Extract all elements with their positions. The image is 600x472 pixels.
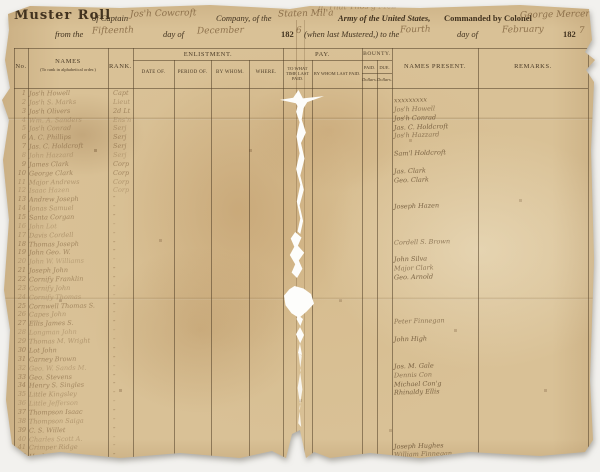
- roster-number: 11: [14, 178, 26, 187]
- roster-rank: Serj: [109, 142, 143, 151]
- roster-row: 16 John Lot ″: [14, 222, 164, 231]
- roster-row: 42 Hazleton John ″: [14, 452, 164, 461]
- roster-number: 28: [14, 328, 26, 337]
- col-header-remarks: REMARKS.: [478, 63, 588, 70]
- roster-number: 27: [14, 319, 26, 328]
- to-year-digit-handwritten: 7: [579, 26, 585, 36]
- present-name: Geo. Clark: [394, 175, 429, 185]
- roster-rank: ″: [109, 240, 143, 249]
- column-line-pay-sub: [312, 60, 313, 458]
- col-header-period-of: PERIOD OF.: [174, 70, 211, 75]
- roster-rank: Serj: [109, 124, 143, 133]
- roster-rank: ″: [109, 204, 143, 213]
- roster-number: 24: [14, 293, 26, 302]
- paper-shadow: Muster Roll of Captain Jos'h Cowcroft Co…: [0, 0, 600, 472]
- present-row: [394, 222, 489, 231]
- column-line-period-of: [211, 60, 212, 458]
- roster-rank: ″: [109, 381, 143, 390]
- roster-rank: ″: [109, 222, 143, 231]
- roster-rank: Corp: [109, 186, 143, 195]
- column-line-pay-bounty: [362, 48, 363, 458]
- roster-number: 22: [14, 275, 26, 284]
- present-name: Dennis Con: [394, 370, 432, 380]
- col-header-by-whom: BY WHOM.: [211, 70, 249, 75]
- col-header-rank: RANK.: [108, 63, 133, 70]
- paper-tear-sliver-bottom: [297, 352, 303, 427]
- names-present-list: xxxxxxxxx Jos'h Howell Jos'h Conrad Jas.…: [394, 89, 489, 461]
- column-line-date-of: [174, 60, 175, 458]
- roster-rank: ″: [109, 373, 143, 382]
- present-row: Cordell S. Brown: [394, 231, 489, 240]
- roster-rank: ″: [109, 231, 143, 240]
- roster-row: 37 Thompson Isaac ″: [14, 408, 164, 417]
- present-row: Joseph Hazen: [394, 195, 489, 204]
- paper-tear-blob-center: [284, 286, 314, 318]
- roster-number: 17: [14, 231, 26, 240]
- col-header-where: WHERE.: [249, 70, 283, 75]
- col-header-names-present: NAMES PRESENT.: [392, 63, 478, 70]
- roster-rank: ″: [109, 302, 143, 311]
- col-header-by-whom-last-paid: BY WHOM LAST PAID.: [312, 71, 362, 76]
- enlistment-group-underline: [133, 60, 283, 61]
- year-printed-2: 182: [563, 29, 576, 39]
- roster-number: 6: [14, 133, 26, 142]
- roster-number: 34: [14, 381, 26, 390]
- column-line-by-whom: [249, 60, 250, 458]
- table-border-right: [588, 48, 589, 458]
- roster-number: 21: [14, 266, 26, 275]
- roster-number: 4: [14, 116, 26, 125]
- roster-number: 18: [14, 240, 26, 249]
- roster-rank: ″: [109, 390, 143, 399]
- present-row: [394, 302, 489, 311]
- paper-sheet: Muster Roll of Captain Jos'h Cowcroft Co…: [0, 0, 600, 472]
- roster-rank: ″: [109, 275, 143, 284]
- present-row: Sam'l Holdcroft: [394, 142, 489, 151]
- muster-roll-scan: Muster Roll of Captain Jos'h Cowcroft Co…: [0, 0, 600, 472]
- roster-number: 7: [14, 142, 26, 151]
- roster-number: 5: [14, 124, 26, 133]
- roster-number: 10: [14, 169, 26, 178]
- label-of-captain: of Captain: [92, 13, 128, 23]
- roster-number: 29: [14, 337, 26, 346]
- col-header-dollars-paid: Dollars.: [362, 77, 377, 82]
- roster-rank: ″: [109, 443, 143, 452]
- roster-row: 1 Jos'h Howell Capt: [14, 89, 164, 98]
- column-line-paid-due: [377, 60, 378, 458]
- label-army: Army of the United States,: [338, 13, 430, 23]
- group-header-pay: PAY.: [283, 51, 362, 58]
- roster-row: 38 Thompson Saiga ″: [14, 417, 164, 426]
- present-name: John High: [394, 335, 427, 345]
- present-name: William Finnegan: [394, 450, 452, 460]
- roster-list: 1 Jos'h Howell Capt 2 Jos'h S. Marks Lie…: [14, 89, 164, 461]
- roster-number: 36: [14, 399, 26, 408]
- roster-number: 26: [14, 310, 26, 319]
- paper-specks: [0, 0, 1, 1]
- col-header-dollars-due: Dollars.: [377, 77, 392, 82]
- present-name: Cordell S. Brown: [394, 237, 450, 247]
- col-header-paid: PAID.: [362, 65, 377, 70]
- roster-row: 30 Lot John ″: [14, 346, 164, 355]
- roster-row: 8 John Hazzard Serj: [14, 151, 164, 160]
- present-name: Abra'm Rowland: [394, 459, 449, 469]
- roster-number: 20: [14, 257, 26, 266]
- present-row: Jos. M. Gale: [394, 355, 489, 364]
- roster-row: 15 Santa Corgan ″: [14, 213, 164, 222]
- col-header-to-what-time: TO WHAT TIME LAST PAID.: [284, 66, 311, 81]
- label-day-of-2: day of: [457, 29, 478, 39]
- roster-rank: ″: [109, 435, 143, 444]
- label-from-the: from the: [55, 29, 83, 39]
- roster-rank: ″: [109, 310, 143, 319]
- colonel-name-handwritten: George Mercer: [520, 9, 590, 20]
- present-row: [394, 293, 489, 302]
- roster-row: 10 George Clark Corp: [14, 169, 164, 178]
- roster-rank: Corp: [109, 178, 143, 187]
- roster-rank: ″: [109, 426, 143, 435]
- year-printed-1: 182: [281, 29, 294, 39]
- roster-number: 38: [14, 417, 26, 426]
- present-row: Joseph Hughes: [394, 435, 489, 444]
- present-row: [394, 346, 489, 355]
- present-name: Joseph Hazen: [394, 202, 439, 212]
- roster-number: 9: [14, 160, 26, 169]
- roster-rank: ″: [109, 408, 143, 417]
- roster-number: 19: [14, 248, 26, 257]
- roster-number: 14: [14, 204, 26, 213]
- present-name: Jas. Clark: [394, 166, 426, 176]
- roster-row: 31 Carney Brown ″: [14, 355, 164, 364]
- present-row: [394, 426, 489, 435]
- roster-row: 23 Cornify John ″: [14, 284, 164, 293]
- roster-row: 3 Jos'h Olivers 2d Lt: [14, 107, 164, 116]
- present-row: [394, 284, 489, 293]
- roster-number: 12: [14, 186, 26, 195]
- roster-rank: ″: [109, 346, 143, 355]
- roster-rank: Serj: [109, 133, 143, 142]
- roster-row: 36 Little Jefferson ″: [14, 399, 164, 408]
- roster-row: 24 Cornify Thomas ″: [14, 293, 164, 302]
- roster-rank: ″: [109, 417, 143, 426]
- from-day-handwritten: Fifteenth: [92, 26, 134, 37]
- roster-number: 1: [14, 89, 26, 98]
- present-row: Peter Finnegan: [394, 310, 489, 319]
- roster-number: 40: [14, 435, 26, 444]
- roster-number: 31: [14, 355, 26, 364]
- roster-rank: ″: [109, 284, 143, 293]
- present-name: Jos'h Conrad: [394, 113, 436, 123]
- roster-number: 8: [14, 151, 26, 160]
- roster-rank: ″: [109, 355, 143, 364]
- roster-row: 22 Cornify Franklin ″: [14, 275, 164, 284]
- roster-row: 29 Thomas M. Wright ″: [14, 337, 164, 346]
- scrawl-handwritten: g. That Thos'g McL: [318, 1, 397, 12]
- to-day-handwritten: Fourth: [400, 25, 431, 36]
- roster-rank: ″: [109, 195, 143, 204]
- roster-rank: ″: [109, 293, 143, 302]
- roster-number: 13: [14, 195, 26, 204]
- roster-number: 23: [14, 284, 26, 293]
- roster-rank: ″: [109, 319, 143, 328]
- roster-number: 16: [14, 222, 26, 231]
- roster-rank: ″: [109, 452, 143, 461]
- roster-rank: Serj: [109, 151, 143, 160]
- roster-number: 39: [14, 426, 26, 435]
- roster-number: 33: [14, 373, 26, 382]
- present-row: Jas. Clark: [394, 160, 489, 169]
- roster-number: 32: [14, 364, 26, 373]
- roster-rank: ″: [109, 213, 143, 222]
- roster-rank: ″: [109, 399, 143, 408]
- col-header-date-of: DATE OF.: [133, 70, 174, 75]
- roster-number: 35: [14, 390, 26, 399]
- present-name: Sam'l Holdcroft: [394, 148, 446, 158]
- group-header-enlistment: ENLISTMENT.: [133, 51, 283, 58]
- roster-rank: ″: [109, 337, 143, 346]
- present-row: xxxxxxxxx: [394, 89, 489, 98]
- roster-number: 37: [14, 408, 26, 417]
- present-row: [394, 408, 489, 417]
- roster-rank: ″: [109, 248, 143, 257]
- present-row: [394, 213, 489, 222]
- label-day-of-1: day of: [163, 29, 184, 39]
- roster-row: 17 Davis Cordell ″: [14, 231, 164, 240]
- present-name: Rhinaldy Ellis: [394, 388, 440, 398]
- roster-row: 9 James Clark Corp: [14, 160, 164, 169]
- captain-name-handwritten: Jos'h Cowcroft: [130, 8, 197, 19]
- roster-rank: Corp: [109, 160, 143, 169]
- roster-number: 3: [14, 107, 26, 116]
- col-header-no: No.: [14, 63, 28, 70]
- column-line-where: [283, 48, 284, 458]
- roster-rank: Capt: [109, 89, 143, 98]
- present-name: Geo. Arnold: [394, 273, 433, 283]
- label-mustered-to-the: (when last Mustered,) to the: [304, 29, 399, 39]
- roster-rank: ″: [109, 364, 143, 373]
- roster-row: 39 C. S. Willet ″: [14, 426, 164, 435]
- col-header-due: DUE.: [377, 65, 392, 70]
- roster-rank: ″: [109, 328, 143, 337]
- present-row: [394, 186, 489, 195]
- roster-rank: ″: [109, 266, 143, 275]
- roster-rank: 2d Lt: [109, 107, 143, 116]
- present-row: John Silva: [394, 248, 489, 257]
- from-month-handwritten: December: [197, 26, 244, 37]
- roster-name: Hazleton John: [26, 452, 109, 462]
- label-company-of-the: Company, of the: [216, 13, 271, 23]
- label-commanded: Commanded by Colonel: [444, 13, 532, 23]
- fold-crease-vertical-right: [304, 20, 305, 455]
- roster-number: 2: [14, 98, 26, 107]
- roster-number: 30: [14, 346, 26, 355]
- roster-rank: Lieut: [109, 98, 143, 107]
- present-row: [394, 399, 489, 408]
- col-header-names: NAMES: [28, 58, 108, 65]
- column-line-bounty-present: [392, 48, 393, 458]
- roster-number: 41: [14, 443, 26, 452]
- present-name: Jos'h Hazzard: [394, 131, 440, 141]
- roster-rank: ″: [109, 257, 143, 266]
- roster-number: 25: [14, 302, 26, 311]
- roster-row: 2 Jos'h S. Marks Lieut: [14, 98, 164, 107]
- from-year-digit-handwritten: 6: [296, 26, 302, 36]
- roster-rank: Corp: [109, 169, 143, 178]
- col-header-names-sub: (To rank in alphabetical order.): [28, 67, 108, 72]
- present-row: John High: [394, 328, 489, 337]
- roster-rank: Ens'n: [109, 116, 143, 125]
- roster-number: 42: [14, 452, 26, 461]
- roster-number: 15: [14, 213, 26, 222]
- to-month-handwritten: February: [502, 25, 544, 36]
- table-border-top: [14, 48, 588, 49]
- pay-group-underline: [283, 60, 362, 61]
- group-header-bounty: BOUNTY.: [362, 51, 392, 57]
- present-row: [394, 417, 489, 426]
- roster-row: 32 Geo. W. Sands M. ″: [14, 364, 164, 373]
